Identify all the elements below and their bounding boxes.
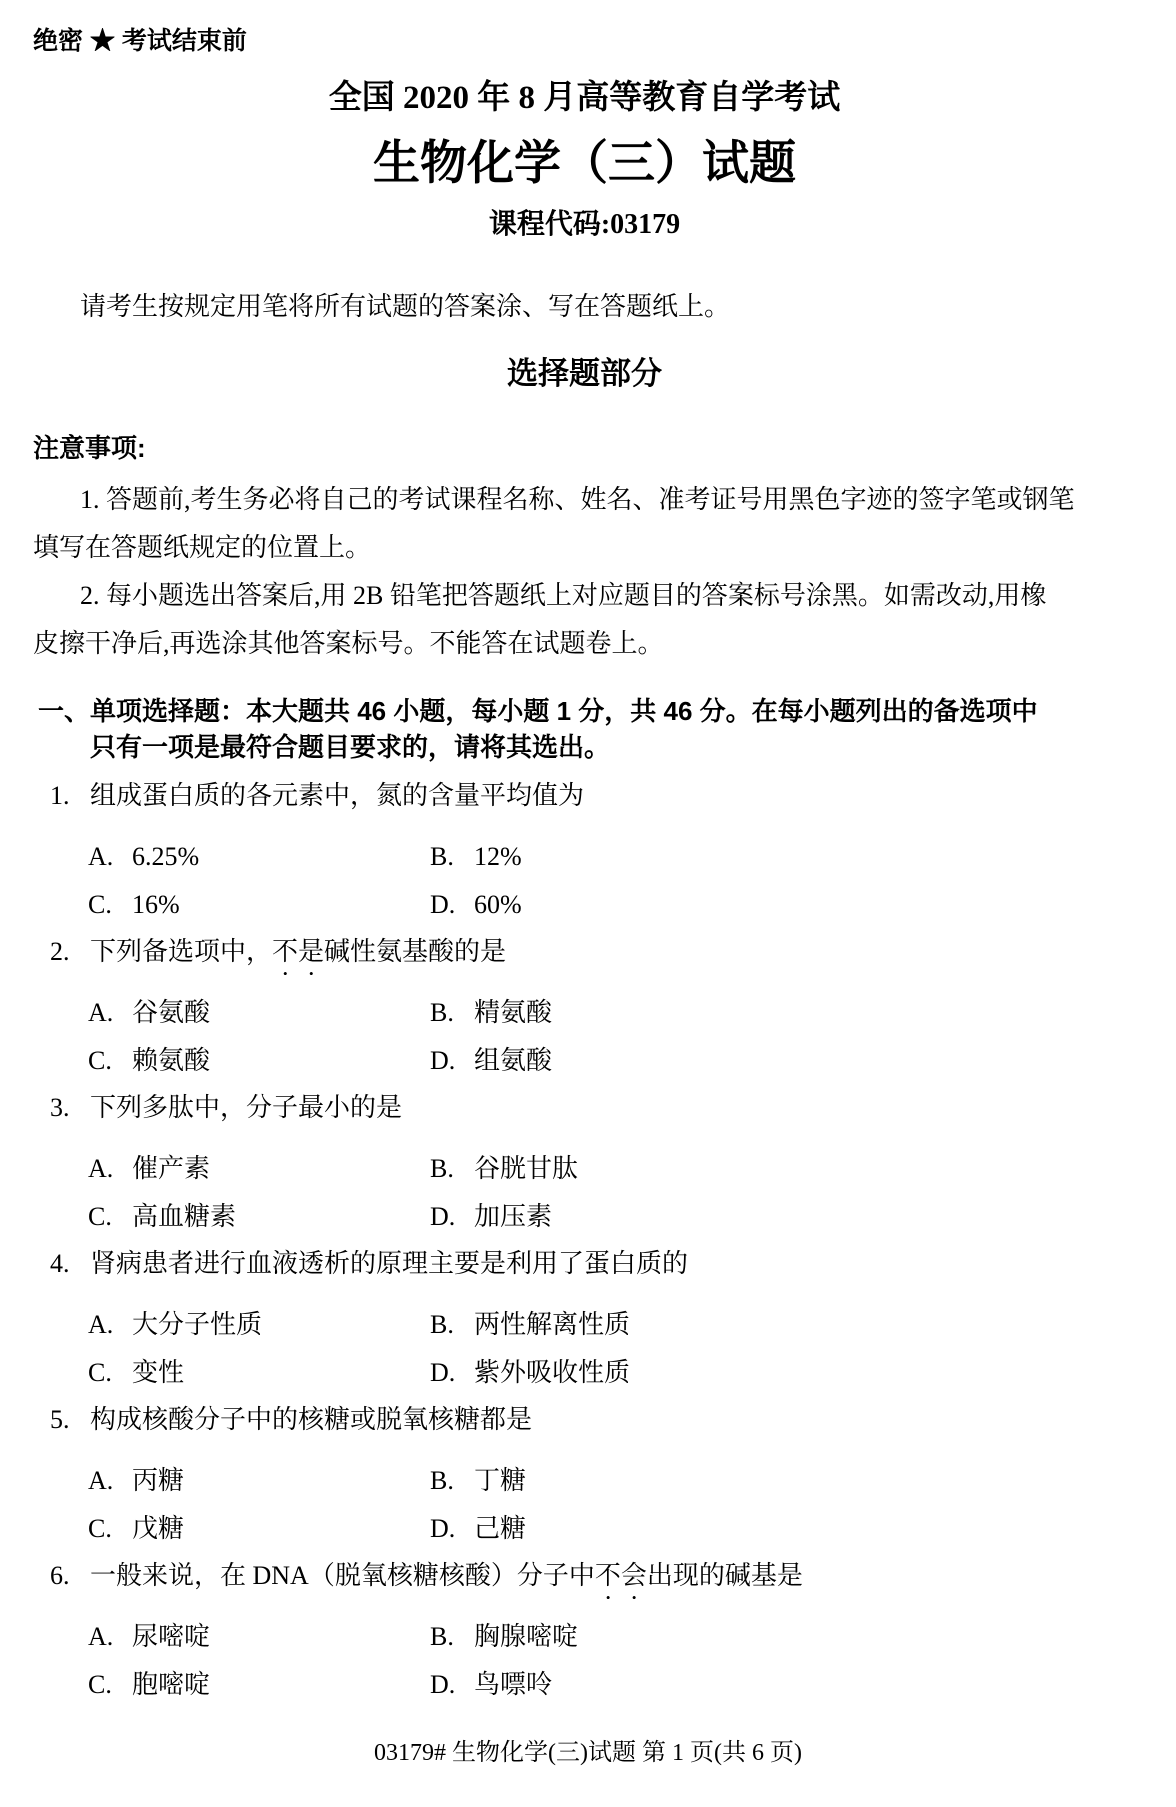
question-3-options: A.催产素 B.谷胱甘肽 C.高血糖素 D.加压素 — [88, 1137, 1136, 1233]
option-label: B. — [430, 841, 474, 873]
question-text: 下列多肽中，分子最小的是 — [90, 1091, 1136, 1137]
course-code: 课程代码:03179 — [33, 208, 1136, 242]
answer-sheet-instruction: 请考生按规定用笔将所有试题的答案涂、写在答题纸上。 — [33, 289, 1136, 325]
option-label: C. — [88, 1513, 132, 1545]
option-text: 高血糖素 — [132, 1202, 236, 1231]
question-number: 1. — [50, 779, 90, 825]
page-footer: 03179# 生物化学(三)试题 第 1 页(共 6 页) — [0, 1738, 1176, 1768]
question-1: 1. 组成蛋白质的各元素中，氮的含量平均值为 A.6.25% B.12% C.1… — [33, 779, 1136, 921]
question-number: 2. — [50, 935, 90, 981]
option-c: C.16% — [88, 889, 430, 921]
question-6: 6. 一般来说，在 DNA（脱氧核糖核酸）分子中不会出现的碱基是 A.尿嘧啶 B… — [33, 1559, 1136, 1701]
section-one-heading: 一、 单项选择题：本大题共 46 小题，每小题 1 分，共 46 分。在每小题列… — [33, 693, 1136, 765]
note-1-line-1: 1. 答题前,考生务必将自己的考试课程名称、姓名、准考证号用黑色字迹的签字笔或钢… — [33, 476, 1136, 524]
option-text: 谷氨酸 — [132, 998, 210, 1027]
option-b: B.12% — [430, 841, 1136, 873]
option-text: 6.25% — [132, 842, 199, 871]
option-label: C. — [88, 1045, 132, 1077]
option-d: D.鸟嘌呤 — [430, 1669, 1136, 1701]
question-text-before: 下列备选项中， — [90, 937, 272, 966]
question-text-before: 下列多肽中，分子最小的是 — [90, 1093, 402, 1122]
option-a: A.催产素 — [88, 1153, 430, 1185]
option-c: C.变性 — [88, 1357, 430, 1389]
question-number: 4. — [50, 1247, 90, 1293]
option-d: D.己糖 — [430, 1513, 1136, 1545]
option-a: A.6.25% — [88, 841, 430, 873]
option-label: B. — [430, 1309, 474, 1341]
question-text-before: 构成核酸分子中的核糖或脱氧核糖都是 — [90, 1405, 532, 1434]
question-5-options: A.丙糖 B.丁糖 C.戊糖 D.己糖 — [88, 1449, 1136, 1545]
option-text: 组氨酸 — [474, 1046, 552, 1075]
question-4: 4. 肾病患者进行血液透析的原理主要是利用了蛋白质的 A.大分子性质 B.两性解… — [33, 1247, 1136, 1389]
option-text: 胸腺嘧啶 — [474, 1622, 578, 1651]
option-text: 尿嘧啶 — [132, 1622, 210, 1651]
question-text: 构成核酸分子中的核糖或脱氧核糖都是 — [90, 1403, 1136, 1449]
question-text-after: 碱性氨基酸的是 — [324, 937, 506, 966]
option-d: D.紫外吸收性质 — [430, 1357, 1136, 1389]
option-label: A. — [88, 1153, 132, 1185]
question-3: 3. 下列多肽中，分子最小的是 A.催产素 B.谷胱甘肽 C.高血糖素 D.加压… — [33, 1091, 1136, 1233]
note-1-line-2: 填写在答题纸规定的位置上。 — [33, 524, 1136, 572]
option-text: 16% — [132, 890, 180, 919]
option-text: 变性 — [132, 1358, 184, 1387]
option-text: 精氨酸 — [474, 998, 552, 1027]
option-text: 紫外吸收性质 — [474, 1358, 630, 1387]
question-number: 5. — [50, 1403, 90, 1449]
option-b: B.丁糖 — [430, 1465, 1136, 1497]
option-c: C.高血糖素 — [88, 1201, 430, 1233]
option-label: C. — [88, 889, 132, 921]
option-text: 12% — [474, 842, 522, 871]
question-6-stem: 6. 一般来说，在 DNA（脱氧核糖核酸）分子中不会出现的碱基是 — [33, 1559, 1136, 1605]
option-text: 戊糖 — [132, 1514, 184, 1543]
option-b: B.两性解离性质 — [430, 1309, 1136, 1341]
question-text: 下列备选项中，不是碱性氨基酸的是 — [90, 935, 1136, 981]
option-text: 大分子性质 — [132, 1310, 262, 1339]
option-label: A. — [88, 841, 132, 873]
option-label: D. — [430, 1513, 474, 1545]
option-text: 鸟嘌呤 — [474, 1670, 552, 1699]
option-label: D. — [430, 1669, 474, 1701]
question-text-before: 肾病患者进行血液透析的原理主要是利用了蛋白质的 — [90, 1249, 688, 1278]
option-label: B. — [430, 1153, 474, 1185]
option-label: A. — [88, 1621, 132, 1653]
question-text-before: 组成蛋白质的各元素中，氮的含量平均值为 — [90, 781, 584, 810]
question-1-options: A.6.25% B.12% C.16% D.60% — [88, 825, 1136, 921]
question-4-options: A.大分子性质 B.两性解离性质 C.变性 D.紫外吸收性质 — [88, 1293, 1136, 1389]
section-one-line-1: 单项选择题：本大题共 46 小题，每小题 1 分，共 46 分。在每小题列出的备… — [90, 693, 1136, 729]
option-a: A.丙糖 — [88, 1465, 430, 1497]
option-a: A.大分子性质 — [88, 1309, 430, 1341]
option-text: 己糖 — [474, 1514, 526, 1543]
choice-section-title: 选择题部分 — [33, 354, 1136, 394]
note-2-line-1: 2. 每小题选出答案后,用 2B 铅笔把答题纸上对应题目的答案标号涂黑。如需改动… — [33, 572, 1136, 620]
option-text: 赖氨酸 — [132, 1046, 210, 1075]
option-c: C.胞嘧啶 — [88, 1669, 430, 1701]
section-one-line-2: 只有一项是最符合题目要求的，请将其选出。 — [90, 729, 1136, 765]
question-text-emphasis: 不会 — [595, 1561, 647, 1590]
option-b: B.胸腺嘧啶 — [430, 1621, 1136, 1653]
option-label: A. — [88, 1465, 132, 1497]
question-3-stem: 3. 下列多肽中，分子最小的是 — [33, 1091, 1136, 1137]
question-text: 一般来说，在 DNA（脱氧核糖核酸）分子中不会出现的碱基是 — [90, 1559, 1136, 1605]
option-label: B. — [430, 1465, 474, 1497]
question-1-stem: 1. 组成蛋白质的各元素中，氮的含量平均值为 — [33, 779, 1136, 825]
option-label: B. — [430, 997, 474, 1029]
question-text: 肾病患者进行血液透析的原理主要是利用了蛋白质的 — [90, 1247, 1136, 1293]
question-2-options: A.谷氨酸 B.精氨酸 C.赖氨酸 D.组氨酸 — [88, 981, 1136, 1077]
option-text: 丁糖 — [474, 1466, 526, 1495]
option-d: D.组氨酸 — [430, 1045, 1136, 1077]
question-5-stem: 5. 构成核酸分子中的核糖或脱氧核糖都是 — [33, 1403, 1136, 1449]
option-d: D.60% — [430, 889, 1136, 921]
question-2-stem: 2. 下列备选项中，不是碱性氨基酸的是 — [33, 935, 1136, 981]
option-text: 加压素 — [474, 1202, 552, 1231]
option-a: A.尿嘧啶 — [88, 1621, 430, 1653]
option-text: 谷胱甘肽 — [474, 1154, 578, 1183]
question-text: 组成蛋白质的各元素中，氮的含量平均值为 — [90, 779, 1136, 825]
question-2: 2. 下列备选项中，不是碱性氨基酸的是 A.谷氨酸 B.精氨酸 C.赖氨酸 D.… — [33, 935, 1136, 1077]
option-label: D. — [430, 1045, 474, 1077]
option-c: C.赖氨酸 — [88, 1045, 430, 1077]
question-5: 5. 构成核酸分子中的核糖或脱氧核糖都是 A.丙糖 B.丁糖 C.戊糖 D.己糖 — [33, 1403, 1136, 1545]
question-text-after: 出现的碱基是 — [647, 1561, 803, 1590]
option-text: 60% — [474, 890, 522, 919]
option-label: A. — [88, 1309, 132, 1341]
question-number: 3. — [50, 1091, 90, 1137]
note-2-line-2: 皮擦干净后,再选涂其他答案标号。不能答在试题卷上。 — [33, 620, 1136, 668]
option-b: B.精氨酸 — [430, 997, 1136, 1029]
option-label: C. — [88, 1669, 132, 1701]
question-6-options: A.尿嘧啶 B.胸腺嘧啶 C.胞嘧啶 D.鸟嘌呤 — [88, 1605, 1136, 1701]
option-label: D. — [430, 1201, 474, 1233]
exam-session-title: 全国 2020 年 8 月高等教育自学考试 — [33, 78, 1136, 118]
question-4-stem: 4. 肾病患者进行血液透析的原理主要是利用了蛋白质的 — [33, 1247, 1136, 1293]
subject-title: 生物化学（三）试题 — [33, 136, 1136, 192]
option-d: D.加压素 — [430, 1201, 1136, 1233]
option-text: 丙糖 — [132, 1466, 184, 1495]
option-label: D. — [430, 1357, 474, 1389]
notes-body: 1. 答题前,考生务必将自己的考试课程名称、姓名、准考证号用黑色字迹的签字笔或钢… — [33, 476, 1136, 668]
option-text: 胞嘧啶 — [132, 1670, 210, 1699]
option-label: C. — [88, 1357, 132, 1389]
option-label: D. — [430, 889, 474, 921]
option-c: C.戊糖 — [88, 1513, 430, 1545]
option-text: 催产素 — [132, 1154, 210, 1183]
option-a: A.谷氨酸 — [88, 997, 430, 1029]
question-text-before: 一般来说，在 DNA（脱氧核糖核酸）分子中 — [90, 1561, 595, 1590]
option-label: C. — [88, 1201, 132, 1233]
option-text: 两性解离性质 — [474, 1310, 630, 1339]
question-number: 6. — [50, 1559, 90, 1605]
option-b: B.谷胱甘肽 — [430, 1153, 1136, 1185]
option-label: A. — [88, 997, 132, 1029]
question-text-emphasis: 不是 — [272, 937, 324, 966]
section-one-label: 一、 — [38, 693, 90, 765]
exam-paper-page: 绝密 ★ 考试结束前 全国 2020 年 8 月高等教育自学考试 生物化学（三）… — [0, 0, 1176, 1807]
section-one-text: 单项选择题：本大题共 46 小题，每小题 1 分，共 46 分。在每小题列出的备… — [90, 693, 1136, 765]
option-label: B. — [430, 1621, 474, 1653]
notes-title: 注意事项: — [33, 431, 1136, 465]
classification-label: 绝密 ★ 考试结束前 — [33, 26, 1136, 56]
